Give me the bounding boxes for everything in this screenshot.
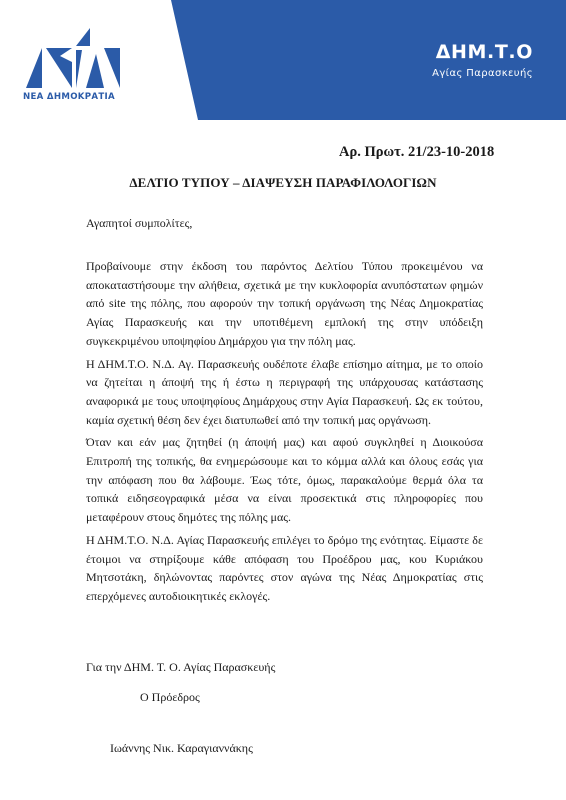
document-title: ΔΕΛΤΙΟ ΤΥΠΟΥ – ΔΙΑΨΕΥΣΗ ΠΑΡΑΦΙΛΟΛΟΓΙΩΝ bbox=[0, 175, 566, 191]
organization-subtitle: Αγίας Παρασκευής bbox=[432, 66, 533, 82]
signatory-title: Ο Πρόεδρος bbox=[140, 690, 200, 705]
party-name: ΝΕΑ ΔΗΜΟΚΡΑΤΙΑ bbox=[23, 92, 115, 102]
protocol-number: Αρ. Πρωτ. 21/23-10-2018 bbox=[339, 144, 494, 161]
signatory-name: Ιωάννης Νικ. Καραγιαννάκης bbox=[110, 741, 253, 756]
organization-title: ΔΗΜ.Τ.Ο bbox=[432, 40, 533, 64]
closing-line: Για την ΔΗΜ. Τ. Ο. Αγίας Παρασκευής bbox=[86, 660, 275, 675]
organization-block: ΔΗΜ.Τ.Ο Αγίας Παρασκευής bbox=[432, 40, 533, 82]
paragraph: Η ΔΗΜ.Τ.Ο. Ν.Δ. Αγίας Παρασκευής επιλέγε… bbox=[86, 531, 483, 606]
paragraph: Όταν και εάν μας ζητηθεί (η άποψή μας) κ… bbox=[86, 433, 483, 527]
greeting: Αγαπητοί συμπολίτες, bbox=[86, 216, 192, 231]
letterhead: ΝΕΑ ΔΗΜΟΚΡΑΤΙΑ ΔΗΜ.Τ.Ο Αγίας Παρασκευής bbox=[0, 0, 566, 122]
document-body: Προβαίνουμε στην έκδοση του παρόντος Δελ… bbox=[86, 257, 483, 610]
paragraph: Προβαίνουμε στην έκδοση του παρόντος Δελ… bbox=[86, 257, 483, 351]
paragraph: Η ΔΗΜ.Τ.Ο. Ν.Δ. Αγ. Παρασκευής ουδέποτε … bbox=[86, 355, 483, 430]
